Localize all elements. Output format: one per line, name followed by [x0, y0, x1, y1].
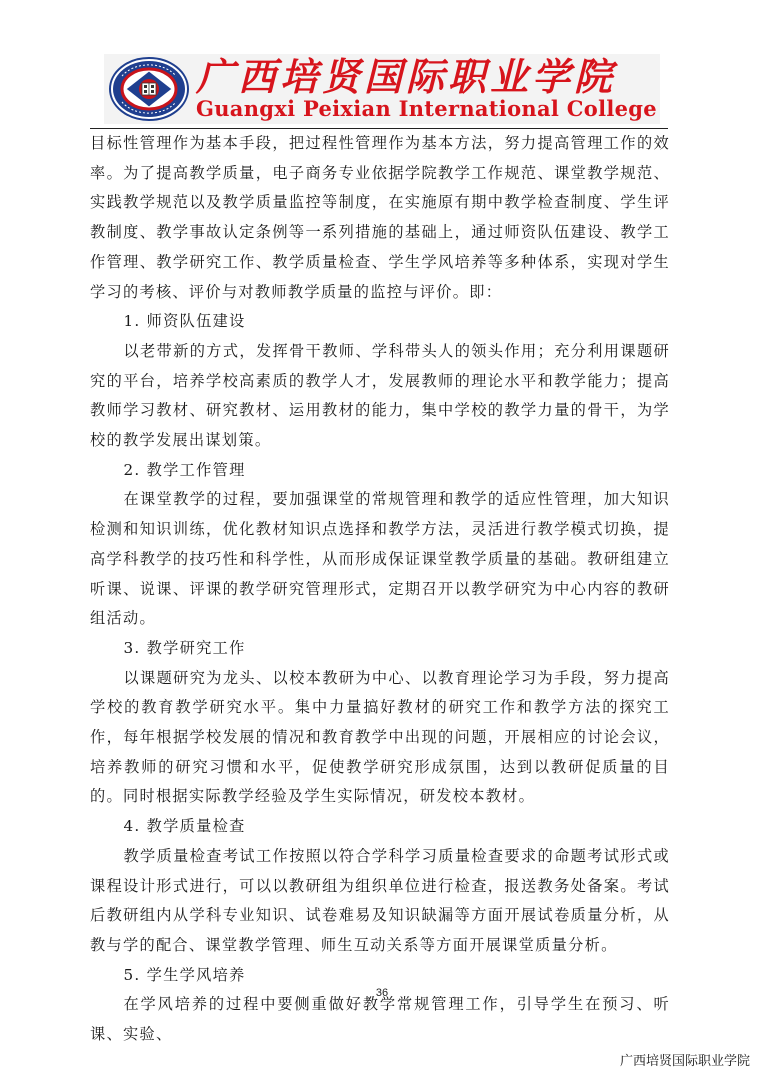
section-heading-1: 1. 师资队伍建设 — [90, 307, 670, 337]
page-number: 36 — [0, 987, 764, 999]
college-title-chinese: 广西培贤国际职业学院 — [196, 57, 657, 97]
section-heading-2: 2. 教学工作管理 — [90, 456, 670, 486]
college-title-block: 广西培贤国际职业学院 Guangxi Peixian International… — [196, 57, 657, 121]
section-heading-5: 5. 学生学风培养 — [90, 961, 670, 991]
section-heading-3: 3. 教学研究工作 — [90, 634, 670, 664]
paragraph-intro: 目标性管理作为基本手段，把过程性管理作为基本方法，努力提高管理工作的效率。为了提… — [90, 129, 670, 307]
footer-organization: 广西培贤国际职业学院 — [620, 1050, 750, 1069]
section-paragraph-2: 在课堂教学的过程，要加强课堂的常规管理和教学的适应性管理，加大知识检测和知识训练… — [90, 485, 670, 634]
document-body: 目标性管理作为基本手段，把过程性管理作为基本方法，努力提高管理工作的效率。为了提… — [90, 129, 670, 1050]
section-heading-4: 4. 教学质量检查 — [90, 812, 670, 842]
header-banner: 广西培贤国际职业学院 Guangxi Peixian International… — [104, 54, 660, 124]
college-emblem-icon — [108, 56, 190, 122]
section-paragraph-5: 在学风培养的过程中要侧重做好教学常规管理工作，引导学生在预习、听课、实验、 — [90, 990, 670, 1049]
section-paragraph-1: 以老带新的方式，发挥骨干教师、学科带头人的领头作用；充分利用课题研究的平台，培养… — [90, 337, 670, 456]
section-paragraph-3: 以课题研究为龙头、以校本教研为中心、以教育理论学习为手段，努力提高学校的教育教学… — [90, 664, 670, 813]
section-paragraph-4: 教学质量检查考试工作按照以符合学科学习质量检查要求的命题考试形式或课程设计形式进… — [90, 842, 670, 961]
college-title-english: Guangxi Peixian International College — [196, 97, 657, 121]
